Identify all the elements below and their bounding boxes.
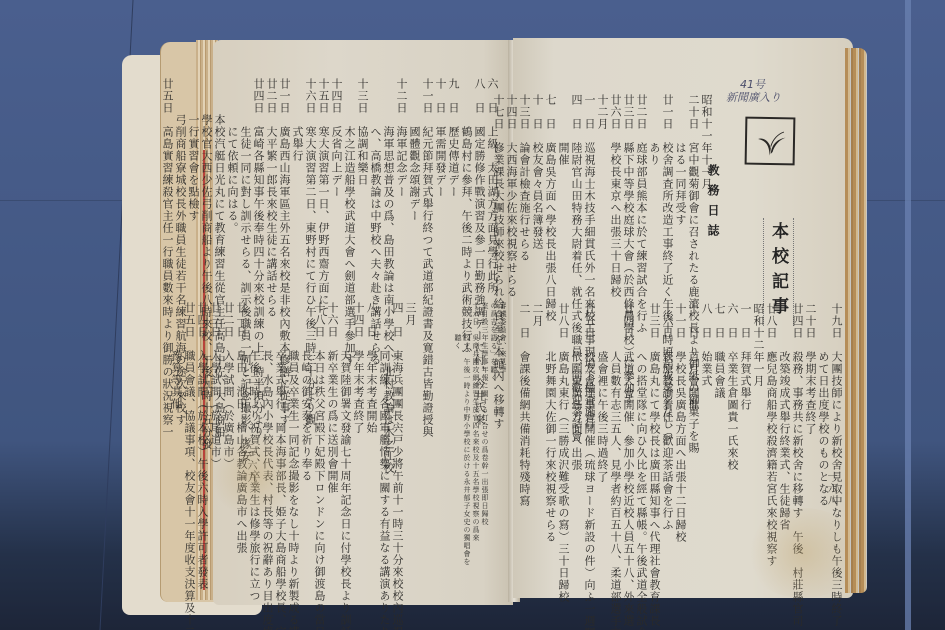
text-column: 海軍思想普及の爲、島田教論は南小學校へ、北村教論は木之江校: [382, 78, 395, 328]
text-column: 十四日 反省向上デー: [330, 78, 343, 328]
left-lower-text: 三月四 日 東海兵團團長宍戸少將午前十一時三十分來校校內巡視職員一 同訓練、各國…: [170, 302, 417, 572]
text-column: 校す、午後一時より中野小學校に於ける永井郁子女史の獨唱會を: [462, 302, 471, 562]
text-column: 國體觀念頌謝デー: [408, 78, 421, 328]
text-column: 廿二日 大平繁一郎長來校生徒に講話せらる: [265, 78, 278, 328]
text-column: 廿八日 廣島丸東行（三勝成沢難受歌の寫）三十日歸校: [557, 303, 570, 583]
text-column: 學校官大西少佐弓削商船より午後八時來校、午後九時十五分發: [200, 78, 213, 328]
right-page-stack: [845, 48, 867, 593]
text-column: 七 日 職員會議: [713, 303, 726, 583]
text-column: 十一日 學校長吳廣島方面へ出張十二日歸校: [674, 303, 687, 583]
text-column: 十 日 百月會開催: [687, 303, 700, 583]
text-column: 十八日 本日は秩父宮殿下妃殿下ロンドンに向け御渡島の當日なり: [313, 302, 326, 572]
text-column: 廿一日 廣島西山海軍區主外五名來校是非校內敷本修繕に從事す: [278, 78, 291, 328]
left-upper-text: 六 日 上級、太田湖方方面見學行此所八 日 國定勝修作戰演習及參一日勤務強調デー…: [161, 78, 499, 328]
text-column: 十 日 軍需開發デー: [434, 78, 447, 328]
text-column: 二 日 會課後備網共備消耗特殘時寫: [518, 303, 531, 583]
text-column: 聽く: [453, 302, 462, 562]
text-column: 本校汽艇日光丸にて教育練習生從官主任高島中佐、大島商船: [213, 78, 226, 328]
handwritten-note: 41号 新聞廣入り: [726, 78, 781, 104]
text-column: 十六日 寒大演習第二日、東野村にて行ひ午後三時三十分より觀: [304, 78, 317, 328]
text-column: 八 日 始業式: [700, 303, 713, 583]
leaf-sprout-emblem-icon: [745, 117, 796, 166]
page-number-168: 一六八: [823, 471, 838, 507]
left-page: 六 日 上級、太田湖方方面見學行此所八 日 國定勝修作戰演習及參一日勤務強調デー…: [213, 40, 513, 605]
text-column: 廿三日 廣島丸にて學校長は廣田縣知事へ代理社會教育課長: [648, 303, 661, 583]
text-column: 十七日 修業課長大團技師來校せられ給食室を本館內へ移轉す: [492, 94, 505, 344]
text-column: 三月: [404, 302, 417, 572]
stain: [211, 430, 301, 520]
text-column: 十五日 寒大演習第一日、伊野西齋方面にて: [317, 78, 330, 328]
right-page: 41号 新聞廣入り 昭和十一年十一月二十日 宮中觀菊御會に召されたる鹿濟校長より…: [513, 38, 853, 598]
text-column: 四 日 東海兵團團長宍戸少將午前十一時三十分來校校內巡視職員一: [391, 302, 404, 572]
text-column: 廿五日 高島實習練殺官主任一行職員數來時より御勝の狀況視察一: [161, 78, 174, 328]
text-column: 廿四日 富崎各縣知事午後奉時四十分來校訓練の上一時半頃分より: [252, 78, 265, 328]
text-column: 廿三日 入學試問（於尾道市）: [209, 302, 222, 572]
text-column: 弓削商船寮城校長外職員生徒若干名練習航海の途次來校す: [174, 78, 187, 328]
text-column: 天賀陸御署文發諭七十周年記念日に付學校長より訓話あり: [339, 302, 352, 572]
text-column: 生徒一同に對し訓示せらる、訓示後職員一同と記念撮影、隊安: [239, 78, 252, 328]
text-column: 式舉行: [291, 78, 304, 328]
text-column: 二月: [531, 303, 544, 583]
text-column: にて依頼に向はる。: [226, 78, 239, 328]
text-column: 職員及卒業生一同記念撮影をなし十時より新製成る講堂にて: [287, 302, 300, 572]
text-column: へ、高橋教論は中野校へ夫々赴き講話せらる: [369, 78, 382, 328]
text-column: 室月設三年生學事年報に關する打合せの爲卷幹一出張即日歸校: [480, 302, 489, 562]
text-column: 北野舞園大佐御一行來校視察せらる: [544, 303, 557, 583]
text-column: 十三日 協調和樂日: [356, 78, 369, 328]
text-column: 十六日 萩原教諭着任、歡迎茶話會を行ふ: [661, 303, 674, 583]
text-column: 十二日 海軍記念デー: [395, 78, 408, 328]
text-column: 十六日 新卒業生の爲に送別會開催: [326, 302, 339, 572]
text-column: 十四日 大西海軍少佐來校視察せらる: [505, 94, 518, 344]
text-column: 盛會裡に午後三時過終了: [596, 303, 609, 583]
text-column: 十六日 吳商兵團攻網練習生於官四名來校及十五名學校視察の爲來: [471, 302, 480, 562]
text-column: 依願東廣島方面へ出張: [570, 303, 583, 583]
text-column: 人員數有志三五人、見學者約百五十八、柔道部選手交歩數來會、: [609, 303, 622, 583]
text-column: 八 日 國定勝修作戰演習及參一日勤務強調デーに付、今井氏来: [473, 78, 486, 328]
text-column: 廿四日 武道大會開催、參加小學校近校人員五十八、外來選: [622, 303, 635, 583]
text-column: 鶴島村に參拜、午後二時より武術競技行ふ: [460, 78, 473, 328]
text-column: 八 日 學年末考査開始: [365, 302, 378, 572]
text-column: 六 日 卒業生倉圖貴一氏來校: [726, 303, 739, 583]
text-column: 一行實習會を點檢す: [187, 78, 200, 328]
text-column: への搭堂隊に向ひ久比を經て縣帳。午後武道全般試合を行: [635, 303, 648, 583]
text-column: 木之江造船學校武道大會へ劍道部選手參加す: [343, 78, 356, 328]
text-column: 廿四日 入學試問（於本校）午後六時入學許可者發表: [196, 302, 209, 572]
text-column: 廿五日 職員會議、協議事項、校友會十一年度收支決算及十二年度: [183, 302, 196, 572]
text-column: 豫算等其他: [170, 302, 183, 572]
text-column: 十四日 學年末考査終了: [352, 302, 365, 572]
text-column: 長崎の御安泰を祈り奉る: [300, 302, 313, 572]
ruler: [905, 0, 911, 630]
text-column: 十一日 紀元節拜賀式舉行終つて武道部紀證書及寛錯古皆勤證授與: [421, 78, 434, 328]
subsection-title: 教務日誌: [705, 164, 722, 244]
text-column: 九 日 歷史傳道デー: [447, 78, 460, 328]
text-column: 同訓練、各國軍艦情勢に關する有益なる講演ありたり: [378, 302, 391, 572]
text-column: 廿五日 校友會理事會開催（琉球ヨード新設の件）向ふ一週間上杉: [583, 303, 596, 583]
